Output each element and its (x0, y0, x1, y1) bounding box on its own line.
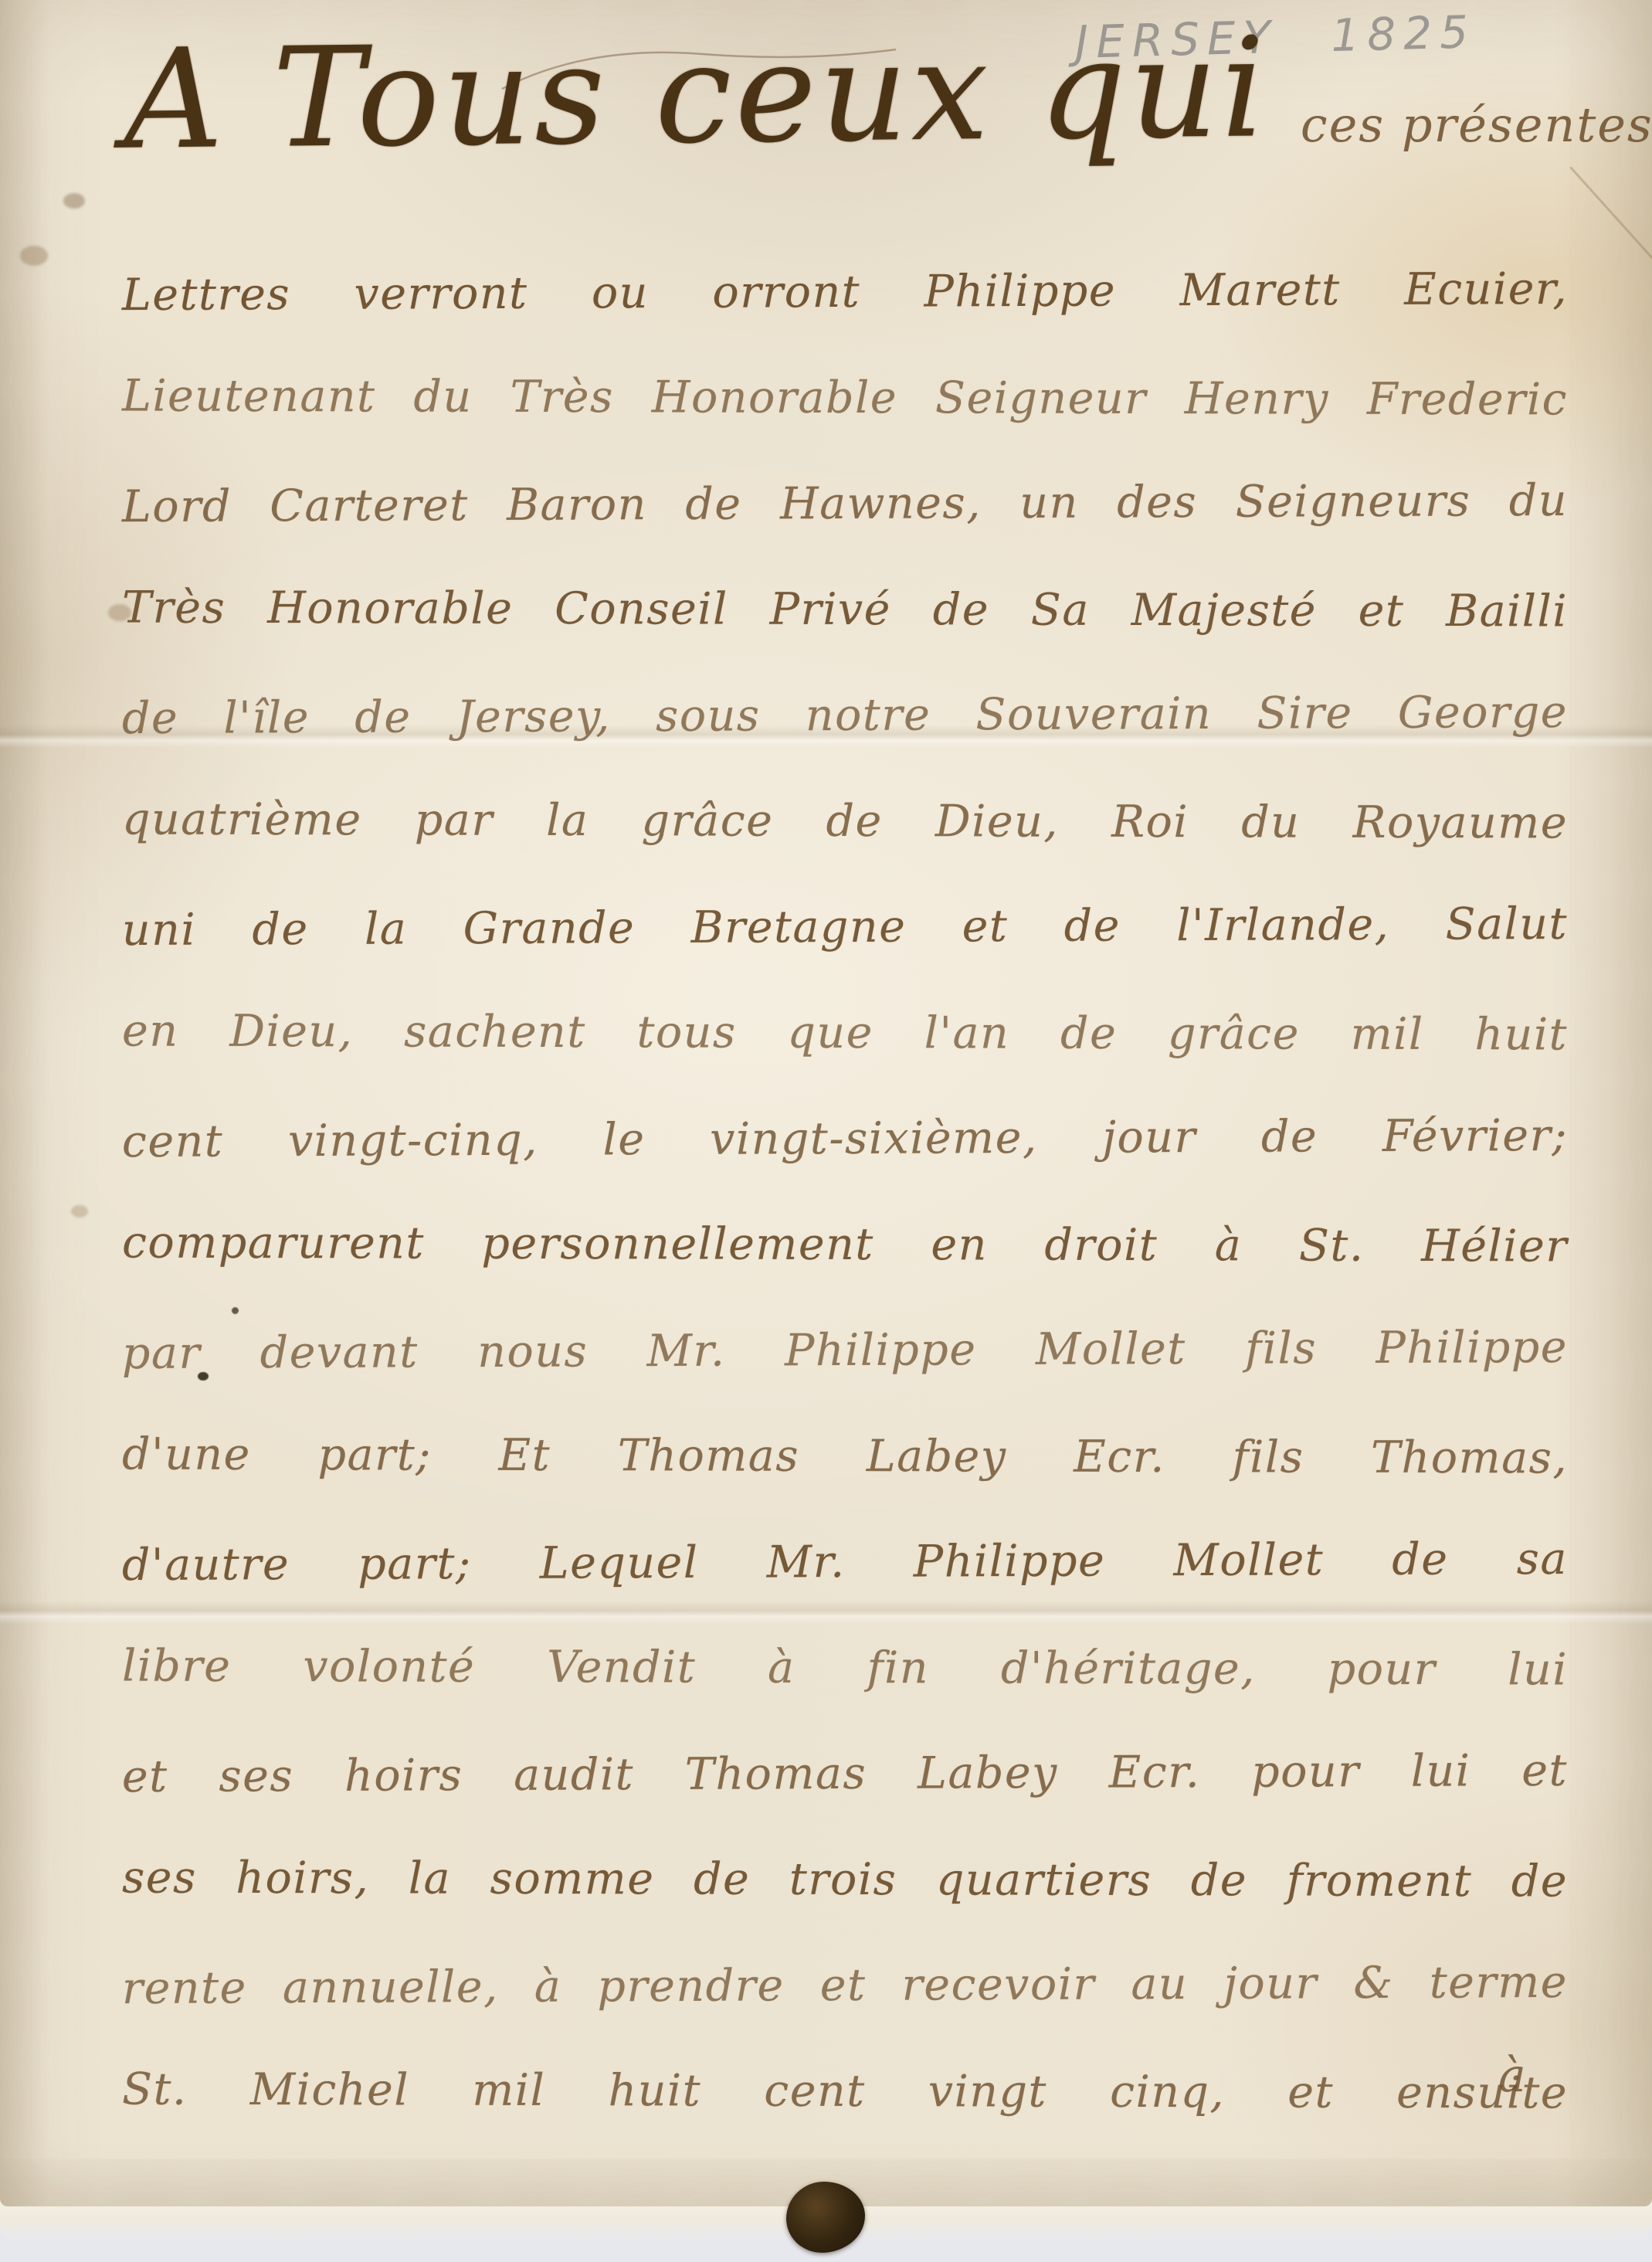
manuscript-line: d'autre part; Lequel Mr. Philippe Mollet… (122, 1513, 1569, 1625)
heading-calligraphy: A Tous ceux qui (123, 8, 1269, 180)
manuscript-line: uni de la Grande Bretagne et de l'Irland… (122, 878, 1569, 990)
heading-continuation: ces présentes (1301, 97, 1652, 153)
manuscript-line: libre volonté Vendit à fin d'héritage, p… (122, 1620, 1568, 1730)
manuscript-line: par devant nous Mr. Philippe Mollet fils… (122, 1301, 1569, 1413)
paper-stain (71, 1205, 88, 1218)
manuscript-line: Lieutenant du Très Honorable Seigneur He… (122, 350, 1568, 460)
corner-fold-line (1569, 166, 1652, 300)
scanned-document: JERSEY 1825 A Tous ceux qui ces présente… (0, 0, 1652, 2262)
catchword: à (1498, 2049, 1526, 2103)
manuscript-line: Lettres verront ou orront Philippe Maret… (122, 243, 1569, 355)
manuscript-line: d'une part; Et Thomas Labey Ecr. fils Th… (122, 1408, 1568, 1518)
document-heading: A Tous ceux qui ces présentes (124, 14, 1591, 174)
manuscript-line: en Dieu, sachent tous que l'an de grâce … (122, 985, 1568, 1095)
manuscript-line: Très Honorable Conseil Privé de Sa Majes… (122, 562, 1568, 671)
manuscript-line: ses hoirs, la somme de trois quartiers d… (122, 1832, 1568, 1941)
manuscript-body: Lettres verront ou orront Philippe Maret… (122, 246, 1568, 2151)
manuscript-line: et ses hoirs audit Thomas Labey Ecr. pou… (122, 1724, 1569, 1836)
paper-stain (20, 246, 48, 266)
paper-stain (63, 193, 85, 209)
wax-seal-fragment (786, 2182, 865, 2253)
manuscript-line: comparurent personnellement en droit à S… (122, 1197, 1568, 1306)
manuscript-line: Lord Carteret Baron de Hawnes, un des Se… (122, 454, 1569, 566)
manuscript-line: St. Michel mil huit cent vingt cinq, et … (122, 2043, 1568, 2153)
manuscript-line: quatrième par la grâce de Dieu, Roi du R… (122, 773, 1568, 883)
manuscript-paper: JERSEY 1825 A Tous ceux qui ces présente… (0, 0, 1652, 2206)
manuscript-line: de l'île de Jersey, sous notre Souverain… (122, 666, 1569, 778)
manuscript-line: cent vingt-cinq, le vingt-sixième, jour … (122, 1089, 1569, 1201)
manuscript-line: rente annuelle, à prendre et recevoir au… (122, 1936, 1569, 2048)
